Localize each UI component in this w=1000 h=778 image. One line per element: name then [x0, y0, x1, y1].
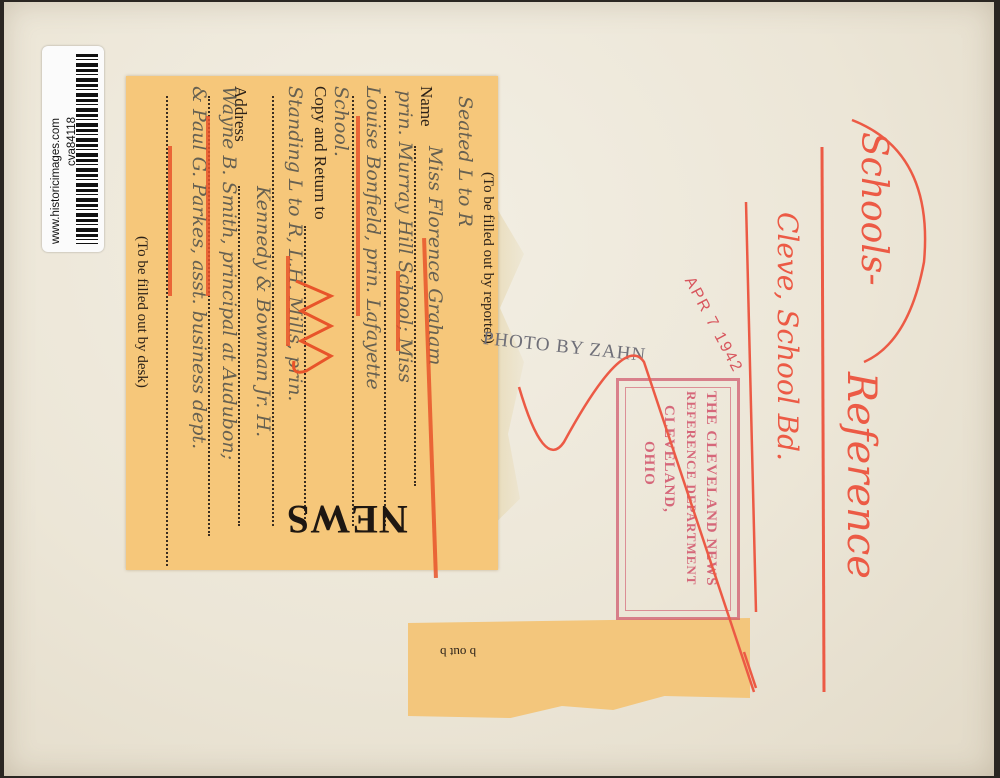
category-script: Schools- — [853, 132, 894, 286]
photo-back: www.historicimages.com cva84118 (To be f… — [4, 2, 994, 776]
subject-script: Cleve, School Bd. — [771, 212, 804, 461]
subject-script-2: Reference — [838, 372, 884, 579]
